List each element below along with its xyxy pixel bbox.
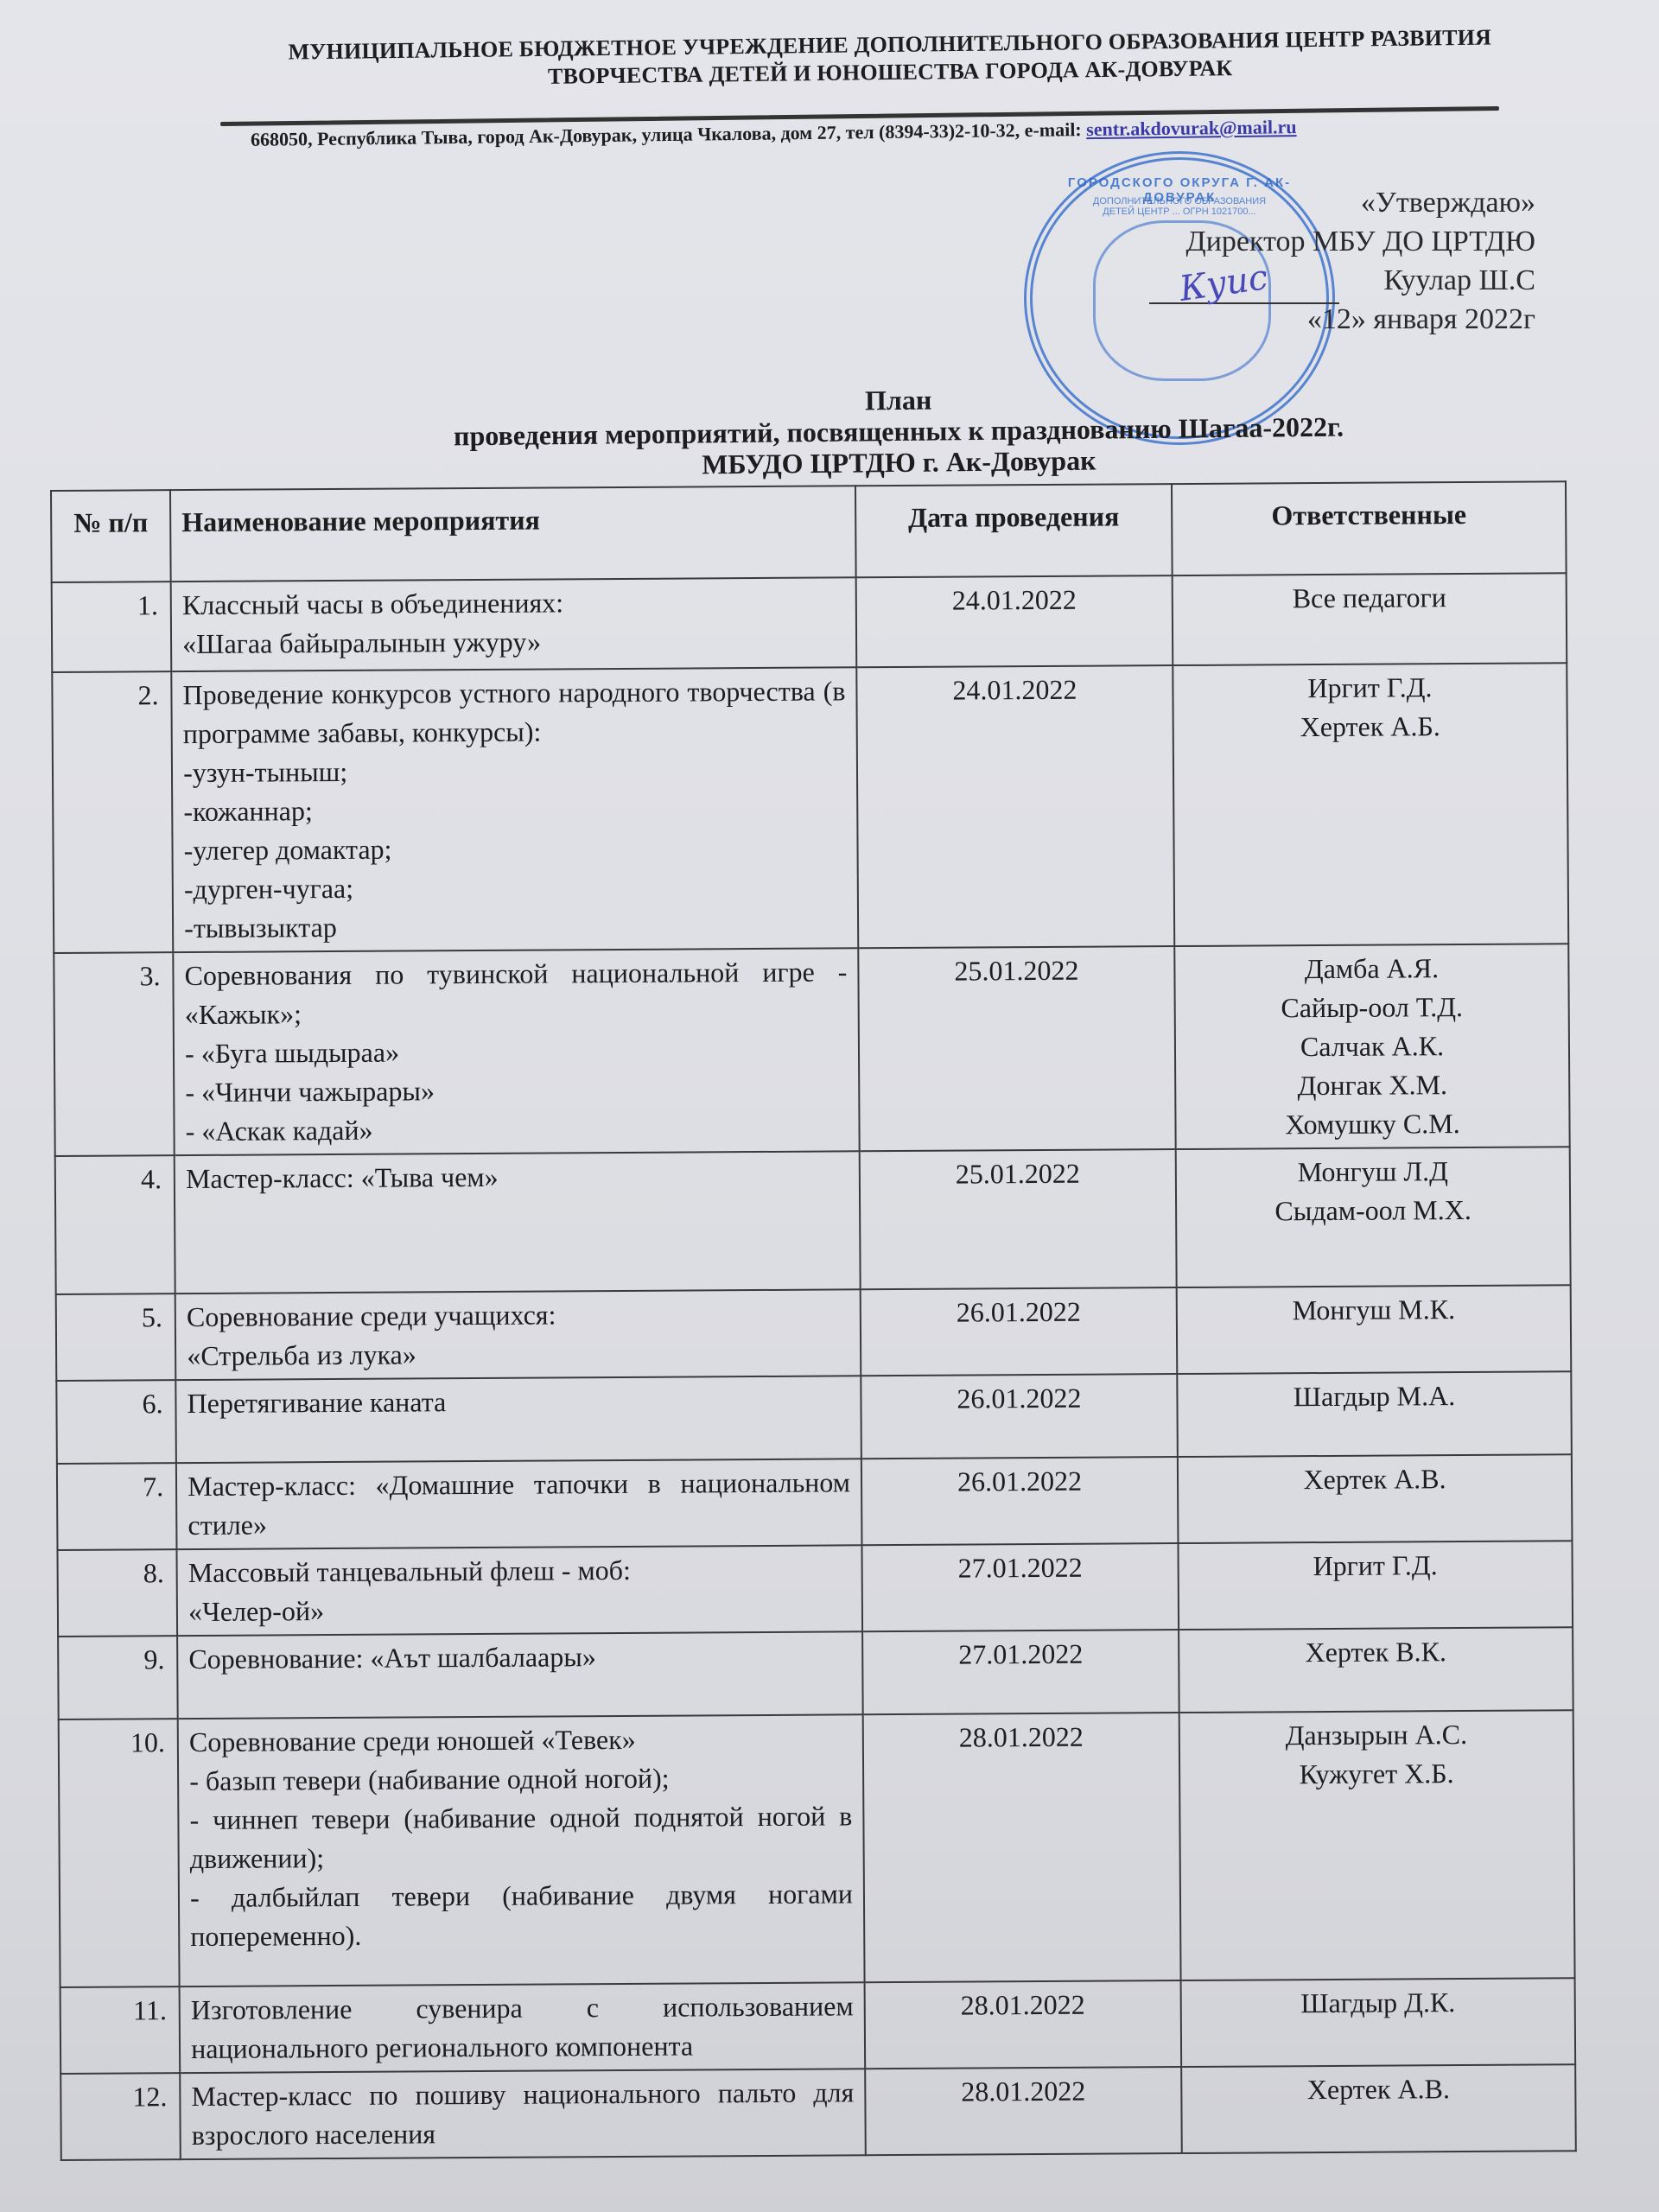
- table-row: 4.Мастер-класс: «Тыва чем»25.01.2022Монг…: [55, 1147, 1571, 1294]
- event-date: 26.01.2022: [861, 1287, 1178, 1376]
- event-name-line: - «Аскак кадай»: [186, 1108, 849, 1151]
- email-link[interactable]: sentr.akdovurak@mail.ru: [1086, 116, 1297, 140]
- responsible-person: Кужугет Х.Б.: [1191, 1753, 1562, 1795]
- responsible-person: Хертек В.К.: [1190, 1631, 1561, 1673]
- event-date: 25.01.2022: [860, 1149, 1177, 1289]
- event-date: 27.01.2022: [862, 1630, 1179, 1714]
- column-header-responsible: Ответственные: [1172, 481, 1567, 575]
- responsible-person: Дамба А.Я.: [1185, 948, 1557, 989]
- event-name-line: Перетягивание каната: [187, 1380, 849, 1423]
- event-name-line: «Челер-ой»: [188, 1588, 851, 1631]
- responsible-person: Монгуш Л.Д: [1187, 1151, 1559, 1192]
- table-row: 2.Проведение конкурсов устного народного…: [52, 663, 1568, 953]
- responsible-person: Шагдыр Д.К.: [1192, 1982, 1564, 2024]
- table-row: 3.Соревнования по тувинской национальной…: [54, 944, 1569, 1156]
- event-name: Проведение конкурсов устного народного т…: [171, 667, 858, 952]
- event-date: 26.01.2022: [861, 1457, 1179, 1545]
- row-number: 1.: [52, 582, 172, 672]
- event-name: Массовый танцевальный флеш - моб:«Челер-…: [177, 1545, 862, 1636]
- row-number: 6.: [56, 1380, 176, 1464]
- event-responsible: Хертек А.В.: [1178, 1454, 1573, 1543]
- event-name-line: - чиннеп тевери (набивание одной поднято…: [189, 1796, 852, 1878]
- responsible-person: Монгуш М.К.: [1188, 1289, 1560, 1331]
- event-name-line: -тывызыктар: [184, 905, 847, 948]
- row-number: 9.: [58, 1636, 178, 1719]
- event-name-line: Мастер-класс по пошиву национального пал…: [191, 2073, 854, 2155]
- event-responsible: Шагдыр Д.К.: [1181, 1978, 1576, 2067]
- event-name: Классный часы в объединениях:«Шагаа байы…: [171, 577, 856, 671]
- event-name: Перетягивание каната: [175, 1376, 861, 1463]
- table-row: 11.Изготовление сувенира с использование…: [60, 1978, 1576, 2074]
- table-row: 7.Мастер-класс: «Домашние тапочки в наци…: [57, 1454, 1573, 1550]
- row-number: 2.: [52, 671, 173, 953]
- document-page: МУНИЦИПАЛЬНОЕ БЮДЖЕТНОЕ УЧРЕЖДЕНИЕ ДОПОЛ…: [0, 0, 1659, 2212]
- responsible-person: Хертек А.В.: [1192, 2069, 1564, 2110]
- event-name-line: Соревнование среди учащихся:: [187, 1294, 849, 1337]
- responsible-person: Все педагоги: [1184, 577, 1555, 619]
- event-name-line: Соревнование среди юношей «Тевек»: [189, 1719, 852, 1762]
- event-name-line: Мастер-класс: «Тыва чем»: [186, 1155, 849, 1198]
- organization-header: МУНИЦИПАЛЬНОЕ БЮДЖЕТНОЕ УЧРЕЖДЕНИЕ ДОПОЛ…: [259, 23, 1522, 94]
- event-name: Мастер-класс по пошиву национального пал…: [180, 2069, 865, 2159]
- approval-position: Директор МБУ ДО ЦРТДЮ: [1186, 222, 1535, 261]
- row-number: 11.: [60, 1986, 181, 2074]
- event-name-line: Соревнования по тувинской национальной и…: [184, 952, 847, 1034]
- approval-date: «12» января 2022г: [1186, 300, 1535, 339]
- event-responsible: Дамба А.Я.Сайыр-оол Т.Д.Салчак А.К.Донга…: [1174, 944, 1569, 1149]
- event-date: 26.01.2022: [861, 1374, 1178, 1459]
- table-body: 1.Классный часы в объединениях:«Шагаа ба…: [52, 573, 1576, 2160]
- event-name-line: Проведение конкурсов устного народного т…: [182, 671, 845, 753]
- event-name-line: -улегер домактар;: [184, 827, 847, 870]
- event-responsible: Монгуш Л.ДСыдам-оол М.Х.: [1176, 1147, 1571, 1287]
- responsible-person: Сыдам-оол М.Х.: [1187, 1190, 1559, 1231]
- events-table: № п/п Наименование мероприятия Дата пров…: [50, 480, 1577, 2161]
- column-header-event-name: Наименование мероприятия: [170, 486, 855, 582]
- table-row: 1.Классный часы в объединениях:«Шагаа ба…: [52, 573, 1567, 672]
- event-name: Соревнования по тувинской национальной и…: [173, 948, 859, 1155]
- event-date: 24.01.2022: [856, 575, 1173, 667]
- table-row: 8.Массовый танцевальный флеш - моб:«Челе…: [57, 1541, 1573, 1637]
- table-row: 12.Мастер-класс по пошиву национального …: [60, 2064, 1576, 2160]
- event-responsible: Хертек В.К.: [1179, 1627, 1573, 1713]
- event-name-line: -кожаннар;: [183, 788, 846, 831]
- event-name: Соревнование: «Аът шалбалаары»: [177, 1631, 862, 1719]
- responsible-person: Данзырын А.С.: [1191, 1714, 1562, 1756]
- responsible-person: Иргит Г.Д.: [1190, 1545, 1561, 1586]
- event-name-line: Мастер-класс: «Домашние тапочки в национ…: [188, 1463, 850, 1545]
- event-responsible: Иргит Г.Д.Хертек А.Б.: [1173, 663, 1568, 946]
- column-header-date: Дата проведения: [855, 484, 1173, 577]
- event-date: 28.01.2022: [865, 1980, 1182, 2069]
- plan-title: План проведения мероприятий, посвященных…: [293, 378, 1503, 485]
- event-name: Мастер-класс: «Тыва чем»: [175, 1151, 861, 1294]
- row-number: 12.: [60, 2073, 181, 2160]
- table-header-row: № п/п Наименование мероприятия Дата пров…: [51, 481, 1567, 582]
- responsible-person: Салчак А.К.: [1186, 1026, 1558, 1067]
- responsible-person: Шагдыр М.А.: [1188, 1376, 1560, 1417]
- event-date: 28.01.2022: [863, 1713, 1181, 1982]
- event-date: 27.01.2022: [861, 1543, 1179, 1631]
- responsible-person: Донгак Х.М.: [1186, 1065, 1558, 1106]
- table-row: 9.Соревнование: «Аът шалбалаары»27.01.20…: [58, 1627, 1573, 1719]
- row-number: 4.: [55, 1155, 175, 1294]
- event-date: 28.01.2022: [865, 2067, 1182, 2155]
- event-name-line: Изготовление сувенира с использованием н…: [191, 1986, 854, 2069]
- responsible-person: Хертек А.В.: [1189, 1459, 1560, 1500]
- event-name-line: «Стрельба из лука»: [187, 1332, 849, 1376]
- responsible-person: Хертек А.Б.: [1185, 706, 1556, 747]
- event-name: Изготовление сувенира с использованием н…: [180, 1982, 865, 2073]
- event-name-line: - далбыйлап тевери (набивание двумя нога…: [190, 1874, 853, 1956]
- approval-heading: «Утверждаю»: [1186, 183, 1535, 222]
- table-row: 6.Перетягивание каната26.01.2022Шагдыр М…: [56, 1371, 1572, 1464]
- event-name-line: - базып тевери (набивание одной ногой);: [189, 1758, 852, 1801]
- event-name-line: Массовый танцевальный флеш - моб:: [188, 1549, 851, 1592]
- table-row: 5.Соревнование среди учащихся:«Стрельба …: [56, 1285, 1572, 1381]
- event-responsible: Хертек А.В.: [1181, 2064, 1576, 2153]
- row-number: 3.: [54, 952, 175, 1156]
- row-number: 10.: [59, 1719, 180, 1987]
- event-date: 25.01.2022: [858, 946, 1176, 1151]
- event-name-line: Классный часы в объединениях:: [182, 582, 845, 625]
- event-name-line: -узун-тыныш;: [183, 749, 846, 792]
- row-number: 7.: [57, 1463, 177, 1550]
- event-responsible: Шагдыр М.А.: [1177, 1371, 1572, 1457]
- event-name-line: -дурген-чугаа;: [184, 866, 847, 909]
- table-row: 10.Соревнование среди юношей «Тевек»- ба…: [59, 1710, 1575, 1987]
- event-name: Мастер-класс: «Домашние тапочки в национ…: [176, 1459, 861, 1549]
- row-number: 8.: [57, 1549, 177, 1637]
- signature-line: [1149, 302, 1339, 304]
- responsible-person: Хомушку С.М.: [1186, 1103, 1558, 1145]
- responsible-person: Сайыр-оол Т.Д.: [1186, 987, 1558, 1028]
- column-header-number: № п/п: [51, 490, 171, 582]
- event-date: 24.01.2022: [856, 665, 1174, 948]
- responsible-person: Иргит Г.Д.: [1184, 667, 1555, 709]
- row-number: 5.: [56, 1294, 176, 1381]
- event-name-line: - «Буга шыдыраа»: [185, 1030, 848, 1073]
- event-responsible: Все педагоги: [1173, 573, 1567, 665]
- event-name-line: Соревнование: «Аът шалбалаары»: [188, 1636, 851, 1679]
- event-name-line: - «Чинчи чажырары»: [185, 1069, 848, 1112]
- event-responsible: Иргит Г.Д.: [1179, 1541, 1573, 1630]
- event-name: Соревнование среди юношей «Тевек»- базып…: [178, 1714, 865, 1986]
- event-responsible: Данзырын А.С.Кужугет Х.Б.: [1179, 1710, 1575, 1980]
- event-name: Соревнование среди учащихся:«Стрельба из…: [175, 1289, 861, 1380]
- event-responsible: Монгуш М.К.: [1177, 1285, 1572, 1374]
- event-name-line: «Шагаа байыралынын ужуру»: [182, 620, 845, 664]
